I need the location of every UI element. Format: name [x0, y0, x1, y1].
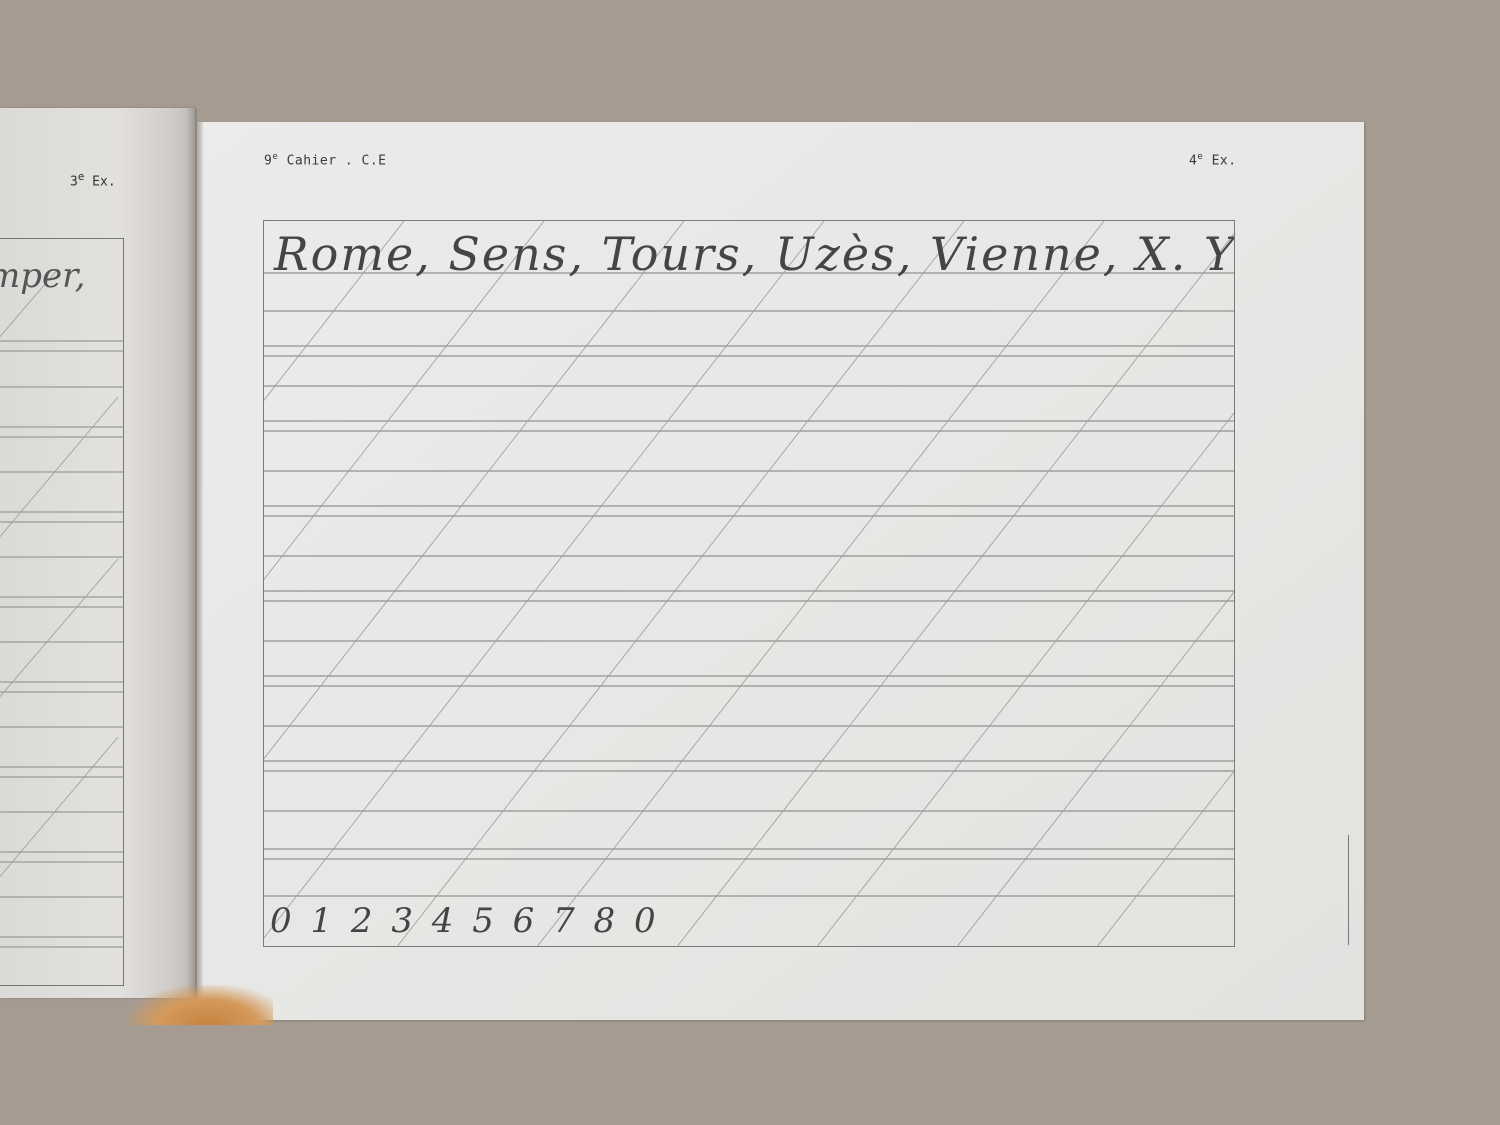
left-header-number: 3 — [70, 174, 78, 189]
model-script-line: Rome, Sens, Tours, Uzès, Vienne, X. Y. Z… — [274, 227, 1235, 281]
left-page: 3e Ex. — [0, 108, 195, 998]
ruled-writing-area: Rome, Sens, Tours, Uzès, Vienne, X. Y. Z… — [263, 220, 1235, 947]
exercise-header: 4e Ex. — [1189, 152, 1237, 168]
cahier-label: Cahier . C.E — [278, 153, 386, 168]
book-fold — [187, 108, 195, 998]
ruling-lines — [264, 221, 1234, 946]
numerals-line: 0 1 2 3 4 5 6 7 8 0 — [270, 901, 660, 941]
left-page-header: 3e Ex. — [70, 170, 116, 189]
exercise-label: Ex. — [1203, 153, 1236, 168]
svg-text:mper,: mper, — [0, 256, 85, 296]
water-stain — [128, 985, 273, 1025]
left-header-text: Ex. — [84, 174, 115, 189]
right-page: 9e Cahier . C.E 4e Ex. Rome, Sens, Tours… — [197, 122, 1364, 1020]
cahier-header: 9e Cahier . C.E — [264, 152, 387, 168]
spine-shadow — [197, 122, 203, 1020]
left-ruled-box: mper, — [0, 238, 124, 986]
edge-pencil-mark — [1348, 835, 1349, 945]
photo-scene: 3e Ex. — [0, 0, 1500, 1125]
left-ruling-lines: mper, — [0, 239, 123, 985]
